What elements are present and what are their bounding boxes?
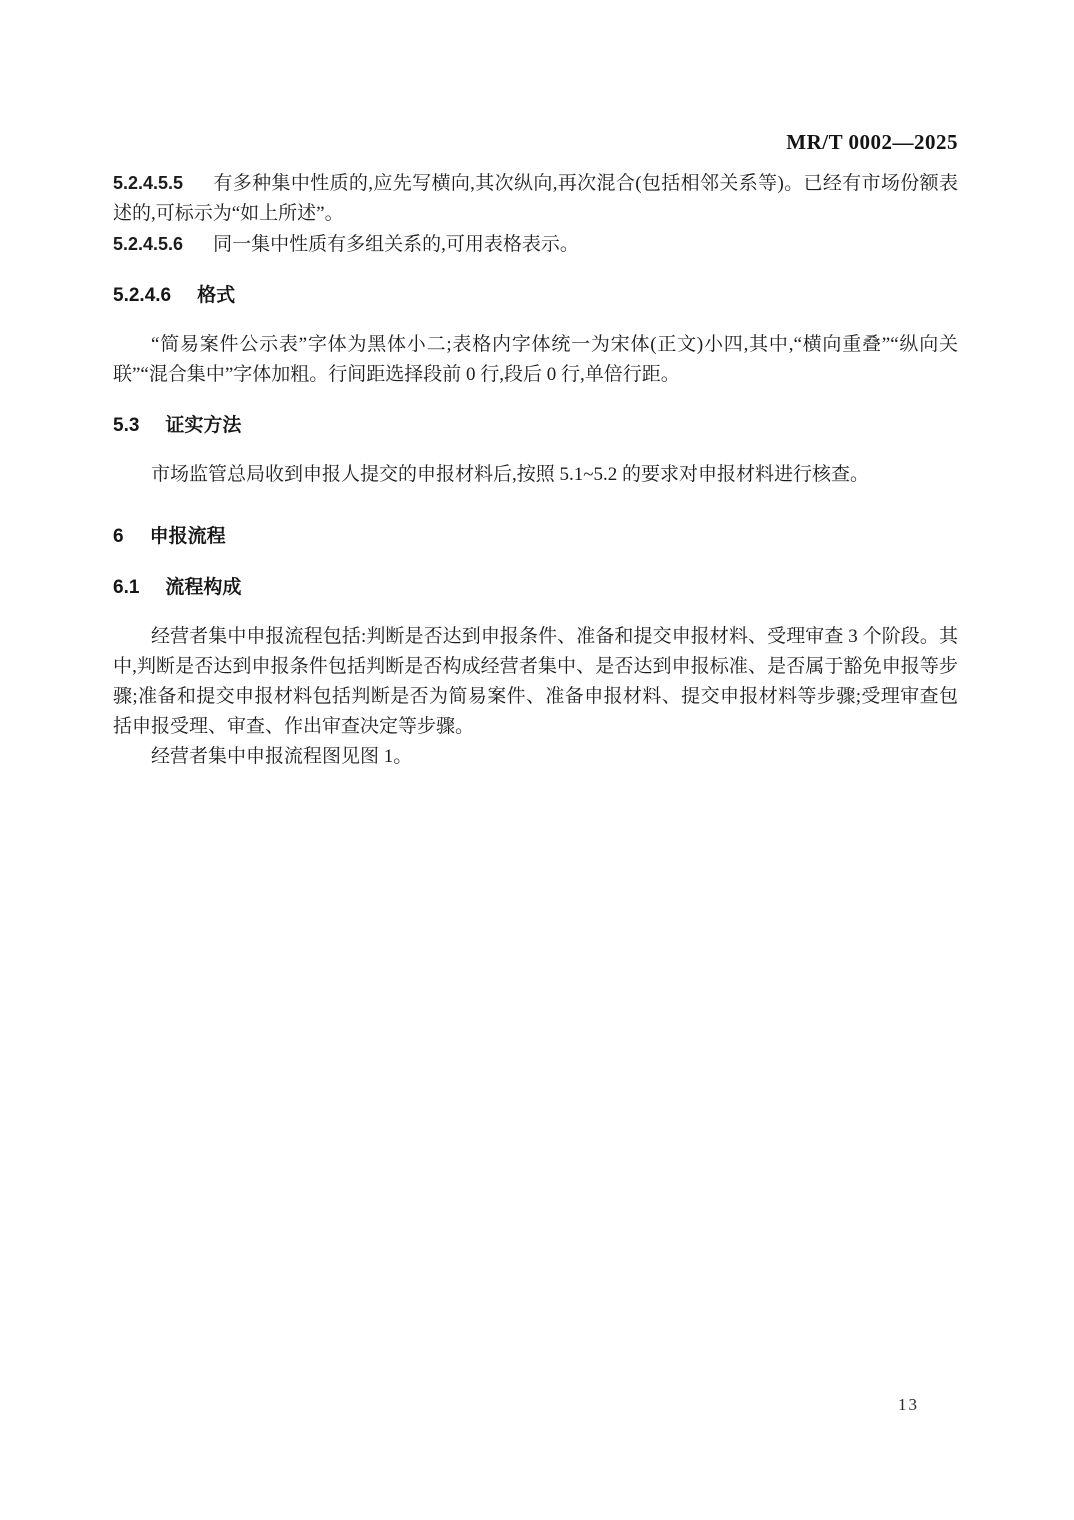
heading-number: 6.1 bbox=[113, 577, 139, 598]
heading-title: 申报流程 bbox=[150, 526, 226, 547]
heading-title: 格式 bbox=[197, 285, 235, 306]
clause-5-2-4-5-6: 5.2.4.5.6同一集中性质有多组关系的,可用表格表示。 bbox=[113, 229, 958, 260]
heading-number: 6 bbox=[113, 526, 124, 547]
section-heading-6-1: 6.1流程构成 bbox=[113, 577, 958, 599]
page-number: 13 bbox=[898, 1395, 919, 1415]
section-heading-5-2-4-6: 5.2.4.6格式 bbox=[113, 285, 958, 307]
running-header: MR/T 0002—2025 bbox=[113, 130, 958, 155]
document-page: MR/T 0002—2025 5.2.4.5.5有多种集中性质的,应先写横向,其… bbox=[0, 0, 1074, 1520]
heading-number: 5.3 bbox=[113, 415, 139, 436]
clause-text: 同一集中性质有多组关系的,可用表格表示。 bbox=[213, 234, 579, 255]
clause-text: 有多种集中性质的,应先写横向,其次纵向,再次混合(包括相邻关系等)。已经有市场份… bbox=[113, 173, 958, 224]
section-heading-5-3: 5.3证实方法 bbox=[113, 415, 958, 437]
document-code: MR/T 0002—2025 bbox=[786, 130, 958, 154]
paragraph-figure-reference: 经营者集中申报流程图见图 1。 bbox=[113, 742, 958, 772]
clause-number: 5.2.4.5.5 bbox=[113, 173, 183, 193]
clause-number: 5.2.4.5.6 bbox=[113, 234, 183, 254]
heading-title: 证实方法 bbox=[165, 415, 241, 436]
paragraph-format-rules: “简易案件公示表”字体为黑体小二;表格内字体统一为宋体(正文)小四,其中,“横向… bbox=[113, 330, 958, 390]
paragraph-verification-method: 市场监管总局收到申报人提交的申报材料后,按照 5.1~5.2 的要求对申报材料进… bbox=[113, 460, 958, 490]
chapter-heading-6: 6申报流程 bbox=[113, 526, 958, 548]
heading-title: 流程构成 bbox=[165, 577, 241, 598]
paragraph-process-composition: 经营者集中申报流程包括:判断是否达到申报条件、准备和提交申报材料、受理审查 3 … bbox=[113, 622, 958, 742]
heading-number: 5.2.4.6 bbox=[113, 285, 171, 306]
clause-5-2-4-5-5: 5.2.4.5.5有多种集中性质的,应先写横向,其次纵向,再次混合(包括相邻关系… bbox=[113, 168, 958, 229]
document-body: 5.2.4.5.5有多种集中性质的,应先写横向,其次纵向,再次混合(包括相邻关系… bbox=[113, 168, 958, 772]
